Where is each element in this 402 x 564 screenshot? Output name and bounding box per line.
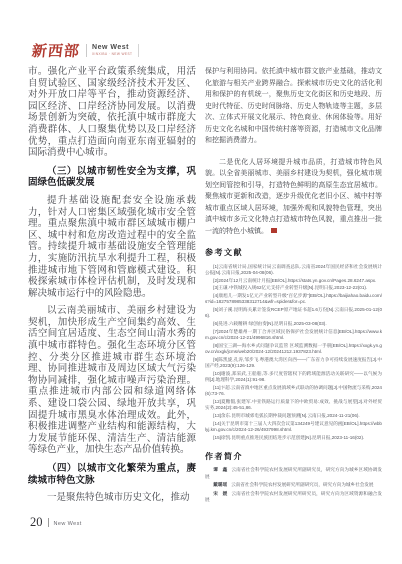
reference-item: [12]夏糖假,张建军.中亚铁路运行质量下的中欧贸易:成效、挑战与展望[J].对… [205, 399, 382, 411]
reference-item: [1]云南省统计局,国家统计局云南调查总队.云南省2024年国民经济和社会发展统… [205, 264, 382, 276]
reference-item: [10]谢波,郑采武,王船舶,等.多尺度管辖权下的跨域能源活动关联研究——以气候… [205, 371, 382, 383]
page-number: 20 [30, 515, 43, 530]
authors-list: 谭 鑫云南省社会科学院农村发展研究所副研究员，研究方向为城乡区域协调发展 戴璐瑶… [205, 467, 382, 504]
author-item: 宋 媛云南省社会科学院农村发展研究所研究员，研究方向为区域资源和融合发展 [205, 491, 382, 504]
text-block: （四）以城市文化繁荣为重点，赓续城市特色文脉 [28, 463, 196, 486]
footer-brand: New West [54, 521, 82, 527]
logo-divider-right [138, 44, 139, 57]
reference-item: [2]2024年12月云南统计月报[EB/OL].https://stats.y… [205, 278, 382, 284]
author-bio: 云南省社会科学院农村发展研究所研究员，研究方向为区域资源和融合发展 [205, 491, 382, 503]
reference-item: [4]康旭儿一期发1亿元产业转型升级“百亿步源”[EB/OL].https://… [205, 293, 382, 305]
logo-cn-text: 新西部 [31, 40, 81, 61]
right-column: 保护与利用协同。依托滇中城市群文旅产业基础，推动文化旅游与相关产业跨界融合。探索… [205, 66, 382, 506]
journal-page: 新西部 New West XINXIBU · NEW WEST 市。强化产业平台… [0, 0, 402, 564]
reference-item: [11]卞超.云南省滇中地区重点发展滇域乡式联动的协调问题[J].中国物流与采购… [205, 385, 382, 397]
text-block: 二是优化人居环境提升城市品质，打造城市特色风貌。以全省美丽城市、美丽乡村建设为契… [205, 157, 382, 238]
author-item: 戴璐瑶云南省社会科学院农村发展研究所副研究员，研究方向为城乡社会发展 [205, 482, 382, 489]
reference-item: [9]陈凯旋,孔涛,邹步飞.粤港澳大湾区向西——广东省力争可持续发展速度报告[J… [205, 357, 382, 369]
footer-divider [48, 518, 49, 527]
left-column: 市。强化产业平台政策系统集成，用活自贸试验区、国家级经济技术开发区、对外开放口岸… [28, 66, 196, 510]
authors-title: 作者简介 [205, 451, 382, 463]
page-footer: 20 New West [30, 515, 82, 530]
reference-item: [5]刘子溪.昆明海关累计签发RCEP原产地证书超1.6万份[N].云南日报,2… [205, 307, 382, 319]
article-end-icon [271, 228, 277, 234]
author-bio: 云南省社会科学院农村发展研究所副研究员，研究方向为城乡社会发展 [231, 482, 373, 487]
reference-item: [6]晃进.六载精耕 绿创由奏[N].昆明日报,2025-03-08(03). [205, 321, 382, 327]
reference-item: [8]国宝三湖—海水乡式问题争议监管 区域监测数据一手册[EB/OL].http… [205, 343, 382, 355]
author-name: 谭 鑫 [213, 467, 227, 472]
author-name: 戴璐瑶 [213, 482, 227, 487]
text-block: 提升基础设施配套安全设施承载力，针对人口密集区域强化城市安全管理。重点聚焦滇中城… [28, 195, 196, 299]
logo-en-block: New West XINXIBU · NEW WEST [92, 44, 132, 56]
text-block: 以云南美丽城市、美丽乡村建设为契机，加快形成生产空间集约高效、生活空间宜居适度、… [28, 305, 196, 456]
reference-item: [7]2024年楚雄州一期丁合并区域民俗保护社会发展统计信息[EB/OL].ht… [205, 329, 382, 341]
text-block: 保护与利用协同。依托滇中城市群文旅产业基础，推动文化旅游与相关产业跨界融合。探索… [205, 66, 382, 147]
logo-tagline: XINXIBU · NEW WEST [92, 53, 132, 56]
logo-divider [86, 44, 87, 57]
brand-logo: 新西部 New West XINXIBU · NEW WEST [32, 40, 139, 60]
right-column-body: 保护与利用协同。依托滇中城市群文旅产业基础，推动文化旅游与相关产业跨界融合。探索… [205, 66, 382, 237]
reference-item: [3]王谦.中铁城投入规62亿元支持产业转型升级[N].昆明日报,2023-12… [205, 285, 382, 291]
reference-item: [14]关于昆明市第十三届人大四次会议第134249号建议意见的函[EB/OL]… [205, 421, 382, 433]
author-bio: 云南省社会科学院农村发展研究所副研究员，研究方向为城乡区域协调发展 [205, 467, 382, 479]
reference-item: [13]余东.昆明市城郊电弧长期仲裁问题预测[N].云南日报,2024-11-2… [205, 413, 382, 419]
references-title: 参考文献 [205, 247, 382, 259]
references-list: [1]云南省统计局,国家统计局云南调查总队.云南省2024年国民经济和社会发展统… [205, 264, 382, 441]
logo-en-text: New West [92, 44, 132, 51]
text-block: 市。强化产业平台政策系统集成，用活自贸试验区、国家级经济技术开发区、对外开放口岸… [28, 66, 196, 159]
author-name: 宋 媛 [213, 491, 227, 496]
text-block: （三）以城市韧性安全为支撑，巩固绿色低碳发展 [28, 166, 196, 189]
reference-item: [15]徐凯.昆明重点推进民族团结进步示范创建[N].昆明日报,2023-11-… [205, 435, 382, 441]
author-item: 谭 鑫云南省社会科学院农村发展研究所副研究员，研究方向为城乡区域协调发展 [205, 467, 382, 480]
text-block: 一是聚焦特色城市历史文化，推动 [28, 492, 196, 504]
